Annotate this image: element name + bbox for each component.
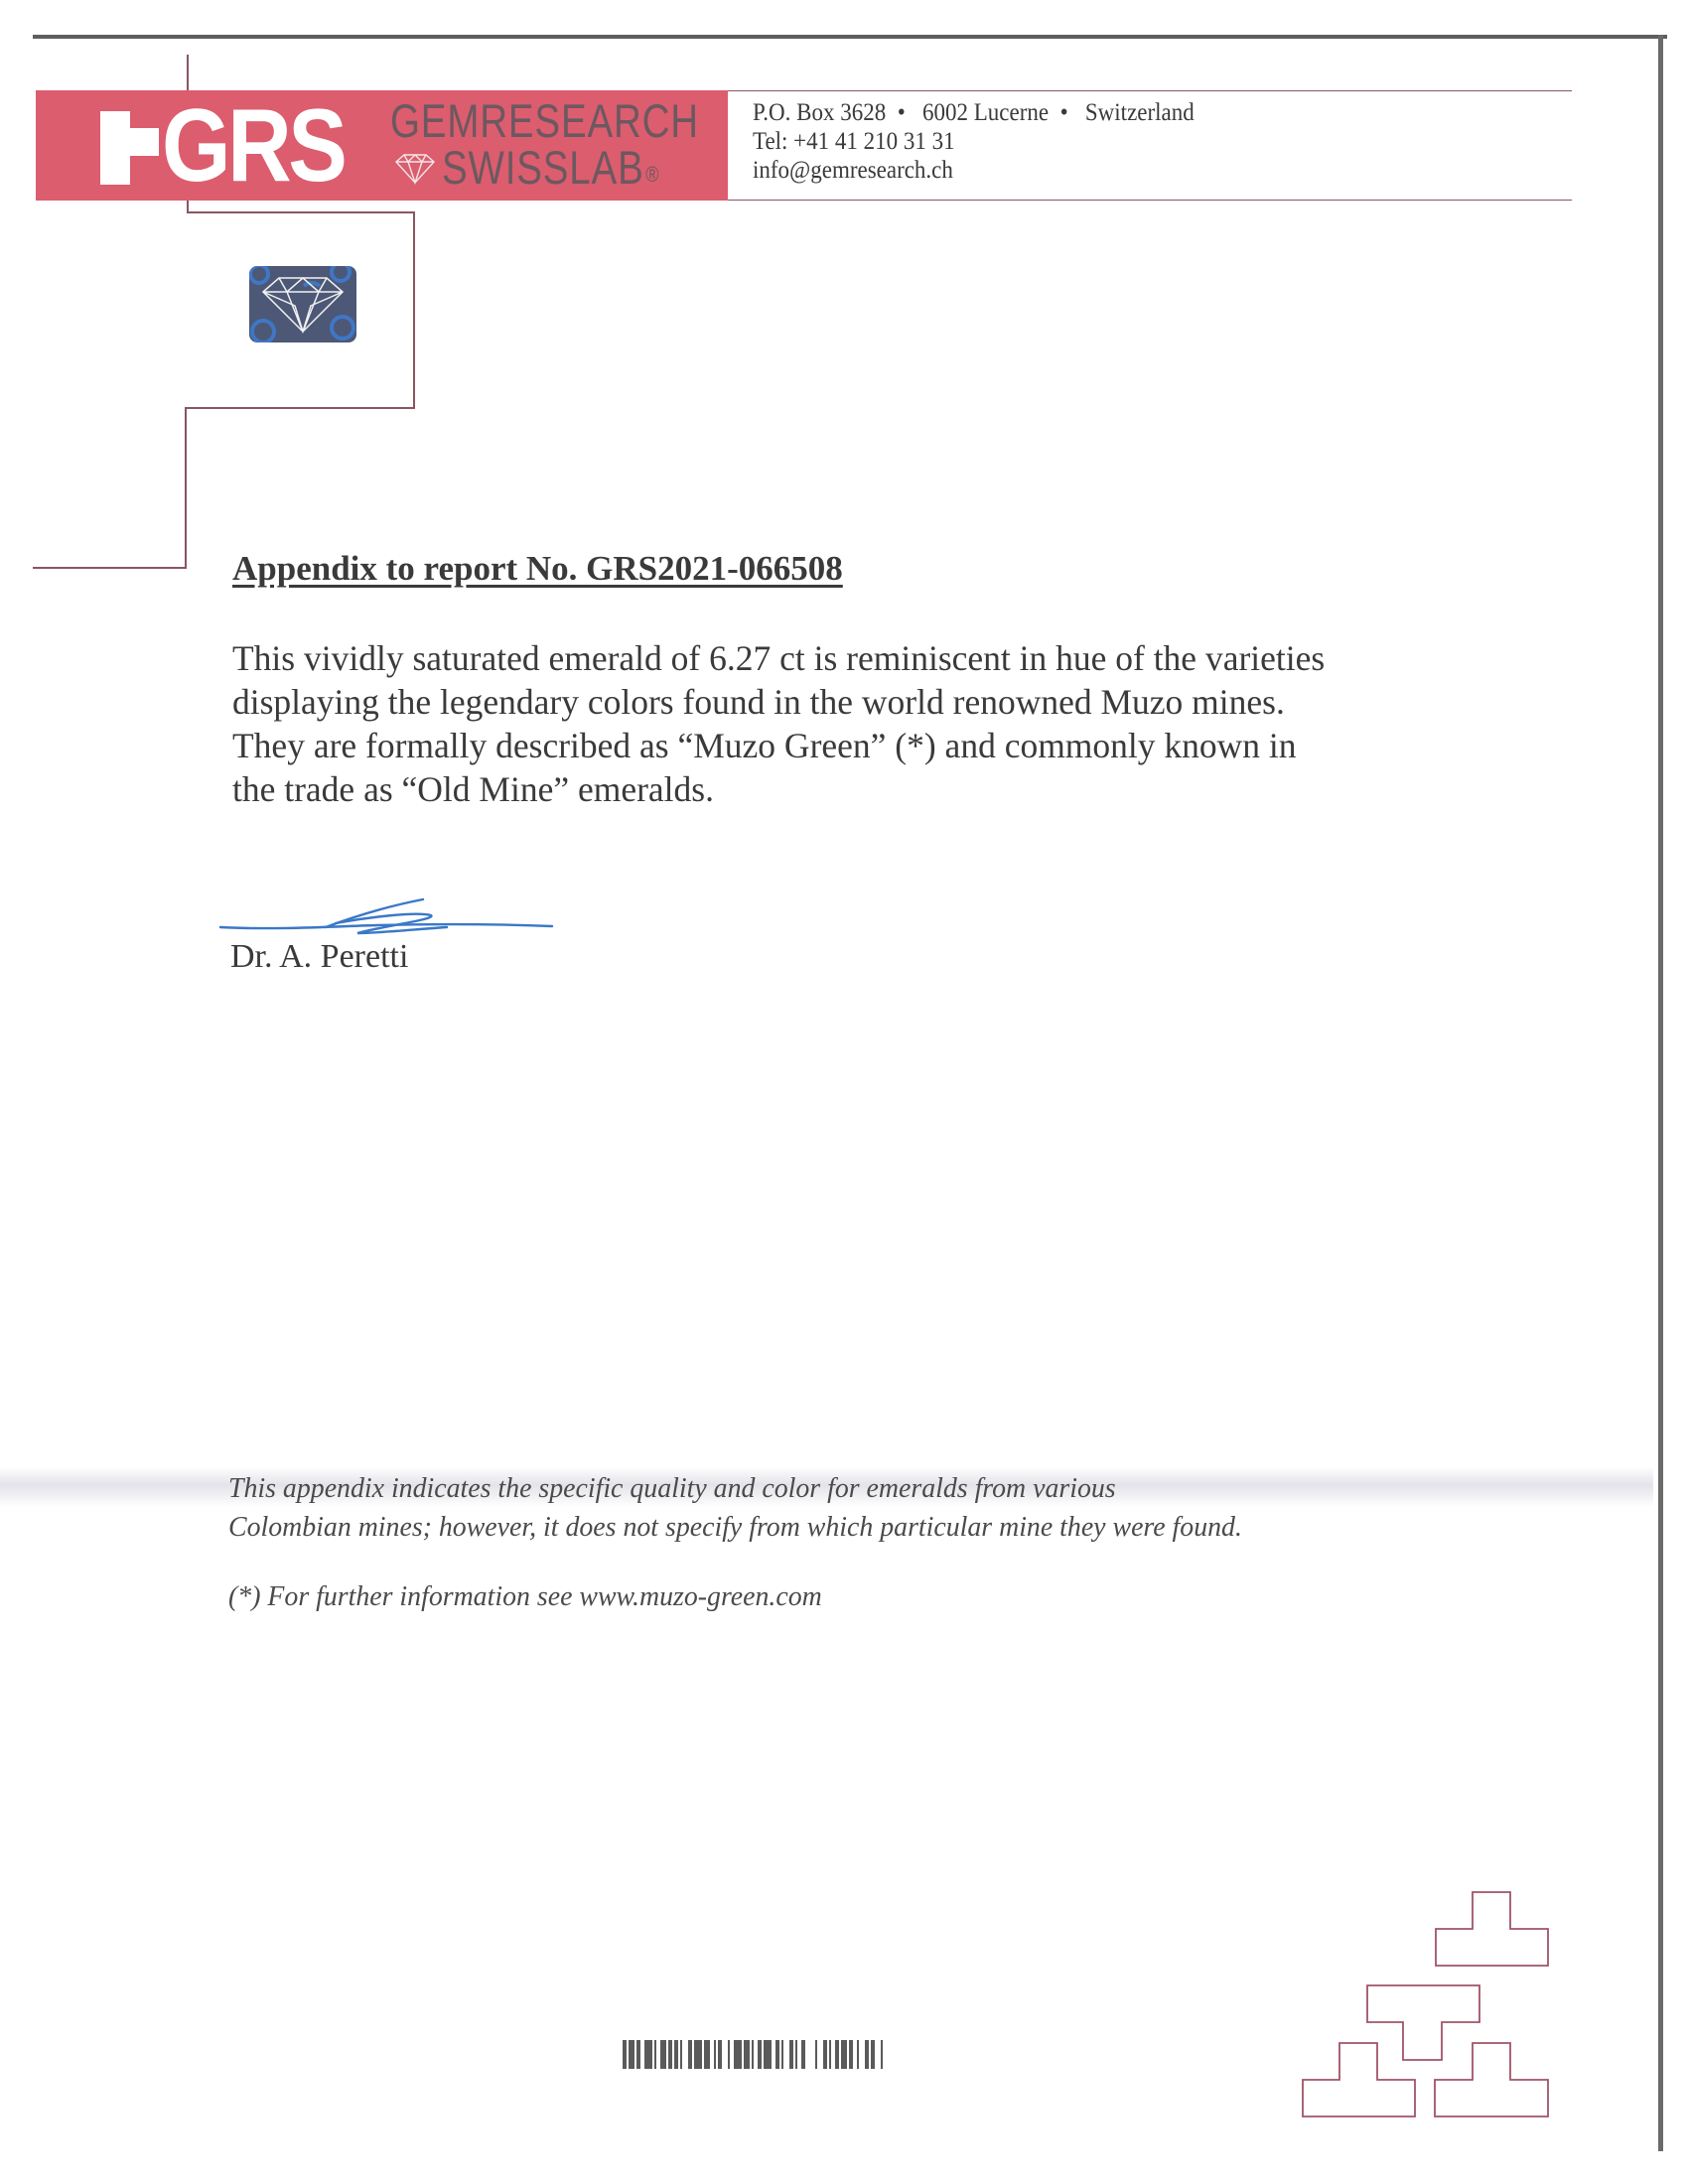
page-border-right bbox=[1658, 35, 1663, 2151]
logo-name-line2: SWISSLAB® bbox=[442, 142, 659, 201]
address-block: P.O. Box 3628 • 6002 Lucerne • Switzerla… bbox=[753, 98, 1195, 185]
document-title: Appendix to report No. GRS2021-066508 bbox=[232, 549, 843, 589]
email-address[interactable]: info@gemresearch.ch bbox=[753, 156, 1195, 185]
disclaimer-note: This appendix indicates the specific qua… bbox=[228, 1469, 1242, 1547]
barcode-icon bbox=[623, 2040, 942, 2069]
grs-tiles-logo-icon bbox=[1296, 1886, 1556, 2124]
logo-name-line1: GEMRESEARCH bbox=[390, 95, 699, 147]
body-line: They are formally described as “Muzo Gre… bbox=[232, 724, 1325, 767]
frame-line bbox=[413, 211, 415, 409]
body-paragraph: This vividly saturated emerald of 6.27 c… bbox=[232, 636, 1325, 811]
phone-number: Tel: +41 41 210 31 31 bbox=[753, 127, 1195, 156]
frame-line bbox=[185, 407, 415, 409]
diamond-hologram-icon bbox=[249, 266, 356, 342]
frame-line bbox=[33, 567, 187, 569]
hologram-seal bbox=[249, 266, 356, 342]
signature bbox=[218, 893, 556, 943]
body-line: This vividly saturated emerald of 6.27 c… bbox=[232, 636, 1325, 680]
frame-line bbox=[185, 407, 187, 569]
swiss-cross-icon-arm bbox=[129, 128, 159, 156]
postal-address: P.O. Box 3628 • 6002 Lucerne • Switzerla… bbox=[753, 98, 1195, 127]
signatory-name: Dr. A. Peretti bbox=[230, 938, 408, 976]
logo-mark: GRS bbox=[162, 91, 345, 201]
page-border-top bbox=[33, 35, 1667, 39]
frame-line bbox=[187, 211, 415, 213]
frame-line bbox=[728, 90, 1572, 91]
body-line: displaying the legendary colors found in… bbox=[232, 680, 1325, 724]
footnote: (*) For further information see www.muzo… bbox=[228, 1580, 822, 1613]
diamond-icon bbox=[392, 153, 438, 185]
swiss-cross-icon bbox=[100, 111, 130, 185]
note-line: Colombian mines; however, it does not sp… bbox=[228, 1508, 1242, 1547]
body-line: the trade as “Old Mine” emeralds. bbox=[232, 767, 1325, 811]
frame-line bbox=[187, 55, 189, 91]
logo-name-line2-text: SWISSLAB bbox=[442, 141, 644, 194]
frame-line bbox=[728, 200, 1572, 201]
note-line: This appendix indicates the specific qua… bbox=[228, 1469, 1242, 1508]
registered-mark: ® bbox=[645, 162, 659, 187]
